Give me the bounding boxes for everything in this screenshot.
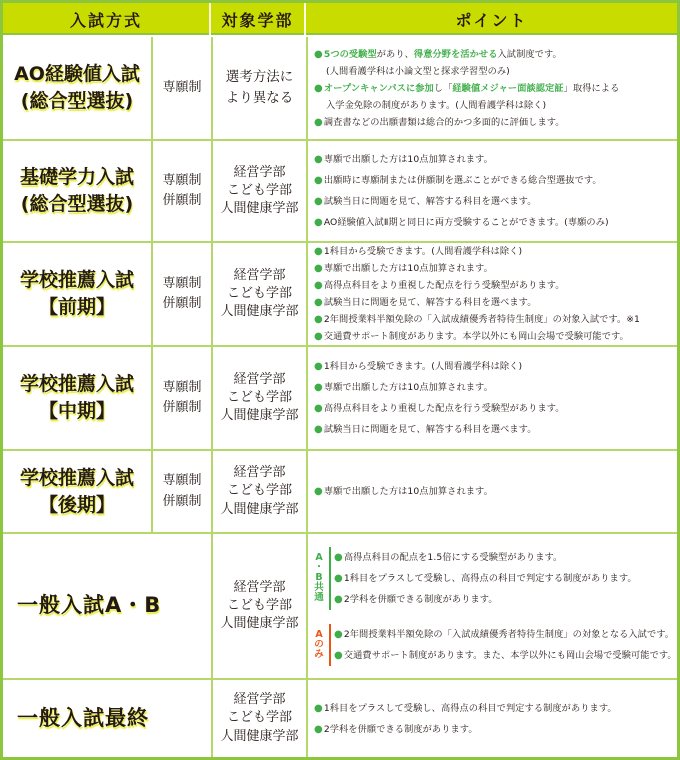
point-item: ●1科目をプラスして受験し、高得点の科目で判定する制度があります。 bbox=[334, 568, 637, 589]
department-general-final: 経営学部 こども学部 人間健康学部 bbox=[213, 680, 306, 757]
header-points: ポイント bbox=[306, 3, 677, 35]
point-item: ●高得点科目をより重視した配点を行う受験型があります。 bbox=[314, 277, 677, 294]
header-method: 入試方式 bbox=[3, 3, 209, 35]
point-item: ●AO経験値入試Ⅱ期と同日に両方受験することができます。(専願のみ) bbox=[314, 212, 677, 233]
method-school-recommendation-late: 学校推薦入試 【後期】 bbox=[3, 451, 151, 532]
bullet-icon: ● bbox=[334, 629, 343, 640]
bullet-icon: ● bbox=[334, 573, 343, 584]
bullet-icon: ● bbox=[314, 246, 323, 257]
point-item: ●2年間授業料半額免除の「入試成績優秀者特待生制度」の対象入試です。※1 bbox=[314, 311, 677, 328]
point-item: ●専願で出願した方は10点加算されます。 bbox=[314, 483, 677, 500]
method-ao: AO経験値入試 (総合型選抜) bbox=[3, 37, 151, 139]
points-general-ab: A ・ B 共 通 ●高得点科目の配点を1.5倍にする受験型があります。 ●1科… bbox=[308, 534, 677, 678]
admission-methods-table: 入試方式 対象学部 ポイント AO経験値入試 (総合型選抜) 専願制 選考方法に… bbox=[0, 0, 680, 760]
bullet-icon: ● bbox=[334, 552, 343, 563]
bullet-icon: ● bbox=[314, 196, 323, 207]
table-header: 入試方式 対象学部 ポイント bbox=[3, 3, 677, 35]
point-item: ●1科目から受験できます。(人間看護学科は除く) bbox=[314, 243, 677, 260]
group-a-only: A の み ●2年間授業料半額免除の「入試成績優秀者特待生制度」の対象となる入試… bbox=[312, 624, 677, 666]
point-item: ●オープンキャンパスに参加し「経験値メジャー面談認定証」取得による bbox=[314, 80, 677, 97]
point-item: ●試験当日に問題を見て、解答する科目を選べます。 bbox=[314, 294, 677, 311]
bullet-icon: ● bbox=[314, 382, 323, 393]
bullet-icon: ● bbox=[314, 280, 323, 291]
header-department: 対象学部 bbox=[211, 3, 304, 35]
points-school-recommendation-mid: ●1科目から受験できます。(人間看護学科は除く) ●専願で出願した方は10点加算… bbox=[308, 347, 677, 449]
point-item: ●2学科を併願できる制度があります。 bbox=[314, 719, 677, 740]
department-ao: 選考方法に より異なる bbox=[213, 37, 306, 139]
point-item: ●高得点科目をより重視した配点を行う受験型があります。 bbox=[314, 398, 677, 419]
points-general-final: ●1科目をプラスして受験し、高得点の科目で判定する制度があります。 ●2学科を併… bbox=[308, 680, 677, 757]
method-general-ab: 一般入試A・B bbox=[3, 534, 211, 678]
system-school-recommendation-late: 専願制 併願制 bbox=[153, 451, 211, 532]
bullet-icon: ● bbox=[314, 424, 323, 435]
method-school-recommendation-early: 学校推薦入試 【前期】 bbox=[3, 243, 151, 345]
bullet-icon: ● bbox=[314, 403, 323, 414]
points-school-recommendation-early: ●1科目から受験できます。(人間看護学科は除く) ●専願で出願した方は10点加算… bbox=[308, 243, 677, 345]
system-ao: 専願制 bbox=[153, 37, 211, 139]
bullet-icon: ● bbox=[314, 724, 323, 735]
points-school-recommendation-late: ●専願で出願した方は10点加算されます。 bbox=[308, 451, 677, 532]
department-general-ab: 経営学部 こども学部 人間健康学部 bbox=[213, 534, 306, 678]
group-bar bbox=[329, 624, 331, 666]
point-item: ●交通費サポート制度があります。本学以外にも岡山会場で受験可能です。 bbox=[314, 328, 677, 345]
department-school-recommendation-late: 経営学部 こども学部 人間健康学部 bbox=[213, 451, 306, 532]
bullet-icon: ● bbox=[314, 703, 323, 714]
point-item: ●専願で出願した方は10点加算されます。 bbox=[314, 260, 677, 277]
department-school-recommendation-early: 経営学部 こども学部 人間健康学部 bbox=[213, 243, 306, 345]
bullet-icon: ● bbox=[314, 217, 323, 228]
method-basic-ability: 基礎学力入試 (総合型選抜) bbox=[3, 141, 151, 241]
point-item: ●高得点科目の配点を1.5倍にする受験型があります。 bbox=[334, 547, 637, 568]
bullet-icon: ● bbox=[314, 297, 323, 308]
group-bar bbox=[329, 547, 331, 610]
department-school-recommendation-mid: 経営学部 こども学部 人間健康学部 bbox=[213, 347, 306, 449]
bullet-icon: ● bbox=[314, 361, 323, 372]
bullet-icon: ● bbox=[314, 331, 323, 342]
bullet-icon: ● bbox=[314, 486, 323, 497]
point-item: ●専願で出願した方は10点加算されます。 bbox=[314, 377, 677, 398]
point-item: ●専願で出願した方は10点加算されます。 bbox=[314, 149, 677, 170]
system-school-recommendation-early: 専願制 併願制 bbox=[153, 243, 211, 345]
point-item: ●5つの受験型があり、得意分野を活かせる入試制度です。 bbox=[314, 46, 677, 63]
point-note: (人間看護学科は小論文型と探求学習型のみ) bbox=[314, 63, 677, 80]
point-note: 入学金免除の制度があります。(人間看護学科は除く) bbox=[314, 97, 677, 114]
bullet-icon: ● bbox=[314, 49, 323, 60]
bullet-icon: ● bbox=[314, 314, 323, 325]
point-item: ●2学科を併願できる制度があります。 bbox=[334, 589, 637, 610]
system-basic-ability: 専願制 併願制 bbox=[153, 141, 211, 241]
point-item: ●1科目をプラスして受験し、高得点の科目で判定する制度があります。 bbox=[314, 698, 677, 719]
system-school-recommendation-mid: 専願制 併願制 bbox=[153, 347, 211, 449]
point-item: ●試験当日に問題を見て、解答する科目を選べます。 bbox=[314, 419, 677, 440]
points-basic-ability: ●専願で出願した方は10点加算されます。 ●出願時に専願制または併願制を選ぶこと… bbox=[308, 141, 677, 241]
points-ao: ●5つの受験型があり、得意分野を活かせる入試制度です。 (人間看護学科は小論文型… bbox=[308, 37, 677, 139]
group-label-ab-common: A ・ B 共 通 bbox=[312, 547, 326, 610]
bullet-icon: ● bbox=[314, 117, 323, 128]
method-general-final: 一般入試最終 bbox=[3, 680, 211, 757]
point-item: ●2年間授業料半額免除の「入試成績優秀者特待生制度」の対象となる入試です。 bbox=[334, 624, 677, 645]
group-ab-common: A ・ B 共 通 ●高得点科目の配点を1.5倍にする受験型があります。 ●1科… bbox=[312, 547, 677, 610]
point-item: ●調査書などの出願書類は総合的かつ多面的に評価します。 bbox=[314, 114, 677, 131]
bullet-icon: ● bbox=[334, 650, 343, 661]
bullet-icon: ● bbox=[314, 154, 323, 165]
bullet-icon: ● bbox=[314, 263, 323, 274]
department-basic-ability: 経営学部 こども学部 人間健康学部 bbox=[213, 141, 306, 241]
method-school-recommendation-mid: 学校推薦入試 【中期】 bbox=[3, 347, 151, 449]
bullet-icon: ● bbox=[314, 175, 323, 186]
bullet-icon: ● bbox=[314, 83, 323, 94]
group-label-a-only: A の み bbox=[312, 624, 326, 666]
point-item: ●試験当日に問題を見て、解答する科目を選べます。 bbox=[314, 191, 677, 212]
bullet-icon: ● bbox=[334, 594, 343, 605]
point-item: ●出願時に専願制または併願制を選ぶことができる総合型選抜です。 bbox=[314, 170, 677, 191]
point-item: ●交通費サポート制度があります。また、本学以外にも岡山会場で受験可能です。 bbox=[334, 645, 677, 666]
point-item: ●1科目から受験できます。(人間看護学科は除く) bbox=[314, 356, 677, 377]
